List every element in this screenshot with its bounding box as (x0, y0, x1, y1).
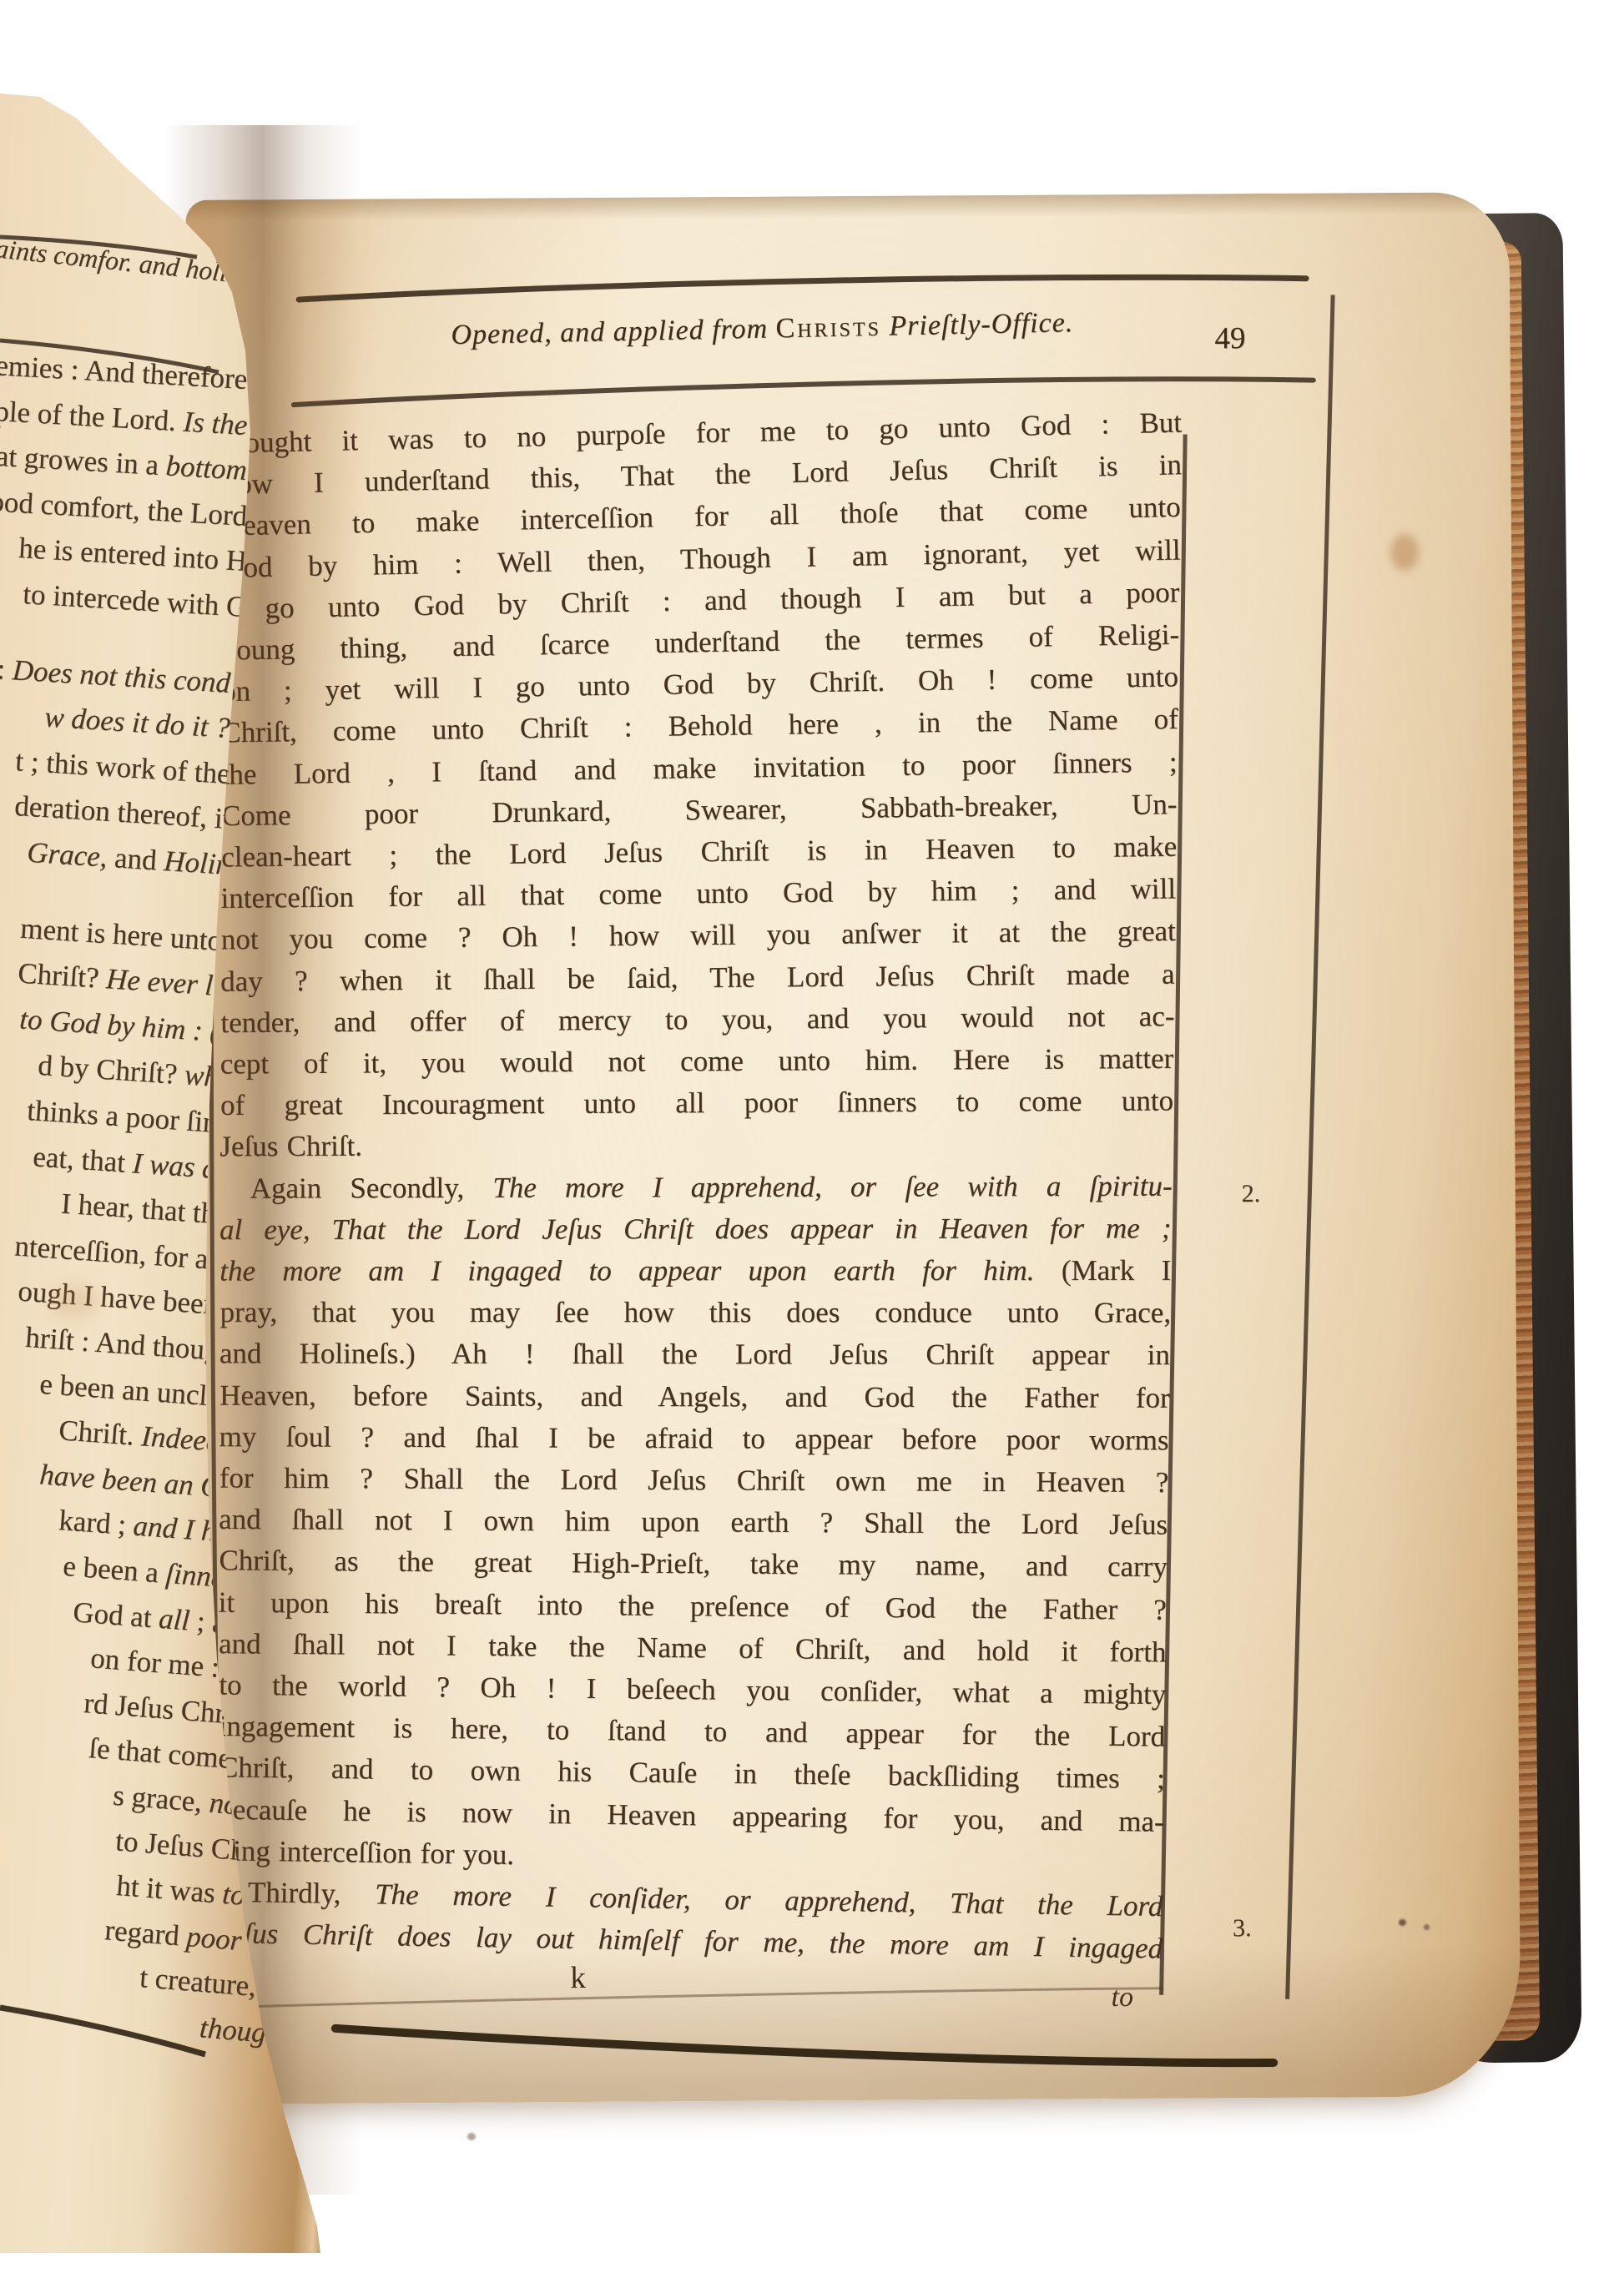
text-segment: bottom (165, 450, 248, 486)
text-segment: Is the (182, 405, 248, 441)
text-segment: e been an uncle (38, 1367, 221, 1412)
text-segment: have been an O (38, 1458, 223, 1504)
body-text-line: for him ? Shall the Lord Jeſus Chriſt ow… (219, 1457, 1168, 1502)
text-segment: Chriſt, come unto Chriſt : Behold here ,… (221, 703, 1178, 748)
text-segment: and ſhall not I take the Name of Chriſt,… (219, 1627, 1167, 1668)
text-segment: al eye, That the Lord Jeſus Chriſt does … (219, 1212, 1172, 1246)
text-segment: God at (72, 1595, 160, 1635)
text-segment: ht it was (115, 1869, 224, 1910)
text-segment: of great Incouragment unto all poor ſinn… (220, 1085, 1173, 1121)
text-segment: regard (103, 1913, 188, 1953)
body-text-line: not you come ? Oh ! how will you anſwer … (220, 910, 1175, 960)
text-segment: cept of it, you would not come unto him.… (220, 1042, 1174, 1081)
text-segment: and (106, 841, 164, 877)
text-segment: I was a (131, 1147, 218, 1185)
body-text-line: Again Secondly, The more I apprehend, or… (219, 1165, 1172, 1208)
text-segment: deration thereof, it (13, 789, 231, 835)
text-segment: Chriſt. (58, 1414, 143, 1452)
text-segment: e been a (62, 1550, 167, 1590)
text-segment: and Holineſs.) Ah ! ſhall the Lord Jeſus… (219, 1338, 1170, 1372)
text-segment: the Lord , I ſtand and make invitation t… (221, 745, 1178, 790)
body-text-line: day ? when it ſhall be ſaid, The Lord Je… (220, 953, 1175, 1001)
text-segment: interceſſion for all that come unto God … (220, 873, 1176, 915)
body-text-line: Jeſus Chriſt. (220, 1122, 1173, 1167)
body-text-line: and ſhall not I own him upon earth ? Sha… (219, 1499, 1168, 1545)
text-segment: He ever li (105, 962, 222, 1002)
text-segment: ple of the Lord. (0, 394, 184, 437)
body-text-line: it upon his breaſt into the preſence of … (219, 1581, 1167, 1630)
body-text-line: pray, that you may ſee how this does con… (219, 1292, 1171, 1333)
margin-note-3: 3. (1233, 1914, 1252, 1943)
body-text-line: al eye, That the Lord Jeſus Chriſt does … (219, 1207, 1172, 1250)
text-segment: to God by him : ( (18, 1002, 220, 1047)
text-segment: pray, that you may ſee how this does con… (219, 1296, 1171, 1329)
paper-stain (467, 2133, 476, 2140)
text-segment: not you come ? Oh ! how will you anſwer … (220, 915, 1175, 955)
text-segment: Thirdly, (248, 1876, 376, 1910)
text-segment: nterceſſion, for al (14, 1229, 218, 1275)
text-segment: ment is here unto (19, 911, 223, 956)
text-segment: Jeſus Chriſt. (220, 1130, 363, 1163)
text-segment: w does it do it ? (44, 701, 232, 744)
text-segment: to the world ? Oh ! I beſeech you conſid… (219, 1668, 1166, 1710)
catchword: to (1112, 1982, 1134, 2013)
right-page: Opened, and applied from Christs Prieſtl… (185, 192, 1521, 2104)
text-segment: becauſe he is now in Heaven appearing fo… (218, 1792, 1164, 1837)
margin-note-2: 2. (1242, 1180, 1261, 1208)
text-segment: Chriſt, as the great High-Prieſt, take m… (219, 1545, 1168, 1584)
text-segment: eat, that (32, 1140, 134, 1179)
text-segment: The more I apprehend, or ſee with a ſpir… (492, 1169, 1172, 1203)
text-segment: clean-heart ; the Lord Jeſus Chriſt is i… (221, 830, 1177, 874)
text-segment: (Mark I (1034, 1254, 1171, 1287)
text-segment: Chriſt? (17, 957, 107, 995)
text-segment: Again Secondly, (250, 1171, 493, 1204)
body-text-block: thought it was to no purpoſe for me to g… (185, 192, 1521, 2104)
text-segment: hat growes in a (0, 439, 167, 482)
text-segment: kard ; (58, 1504, 134, 1541)
text-segment: for him ? Shall the Lord Jeſus Chriſt ow… (219, 1461, 1168, 1498)
text-segment: hriſt : And thoug (24, 1321, 220, 1367)
text-segment: it upon his breaſt into the preſence of … (219, 1585, 1167, 1625)
text-segment: Grace, (26, 836, 108, 874)
body-text-line: Heaven, before Saints, and Angels, and G… (219, 1374, 1170, 1418)
text-segment: Heaven, before Saints, and Angels, and G… (219, 1378, 1170, 1414)
text-segment: Come poor Drunkard, Swearer, Sabbath-bre… (221, 788, 1178, 832)
text-segment: my ſoul ? and ſhal I be afraid to appear… (219, 1420, 1169, 1456)
text-segment: ingagement is here, to ſtand to and appe… (219, 1710, 1166, 1753)
text-segment: d by Chriſt? (37, 1049, 185, 1091)
text-segment: the more am I ingaged to appear upon ear… (219, 1254, 1034, 1288)
text-segment: day ? when it ſhall be ſaid, The Lord Je… (220, 957, 1175, 997)
book-photograph: { "photo": { "background_color": "#fffff… (0, 0, 1624, 2273)
body-text-line: Chriſt, as the great High-Prieſt, take m… (219, 1540, 1168, 1588)
text-segment: The more I conſider, or apprehend, That … (375, 1877, 1163, 1923)
body-text-line: my ſoul ? and ſhal I be afraid to appear… (219, 1416, 1169, 1460)
text-segment: Chriſt, and to own his Cauſe in theſe ba… (218, 1751, 1164, 1796)
text-segment: Does not this cond (12, 653, 231, 699)
body-text-line: tender, and offer of mercy to you, and y… (220, 995, 1174, 1043)
text-segment: tender, and offer of mercy to you, and y… (220, 1000, 1174, 1039)
text-segment: all (158, 1601, 191, 1636)
text-segment: he is entered into H (18, 532, 248, 577)
body-text-line: and Holineſs.) Ah ! ſhall the Lord Jeſus… (219, 1333, 1170, 1376)
body-text-line: the more am I ingaged to appear upon ear… (219, 1250, 1171, 1292)
text-segment: thinks a poor ſin (26, 1094, 219, 1139)
text-segment: to intercede with G (22, 577, 248, 623)
text-segment: I hear, that th (60, 1187, 216, 1230)
text-segment: s grace, (112, 1779, 210, 1819)
body-text-line: of great Incouragment unto all poor ſinn… (220, 1081, 1173, 1126)
text-segment: and ſhall not I own him upon earth ? Sha… (219, 1503, 1168, 1541)
text-segment: king interceſſion for you. (218, 1834, 514, 1871)
text-segment: t ; this work of the (15, 744, 232, 790)
signature-mark: k (570, 1960, 586, 1996)
body-text-line: cept of it, you would not come unto him.… (220, 1038, 1174, 1085)
